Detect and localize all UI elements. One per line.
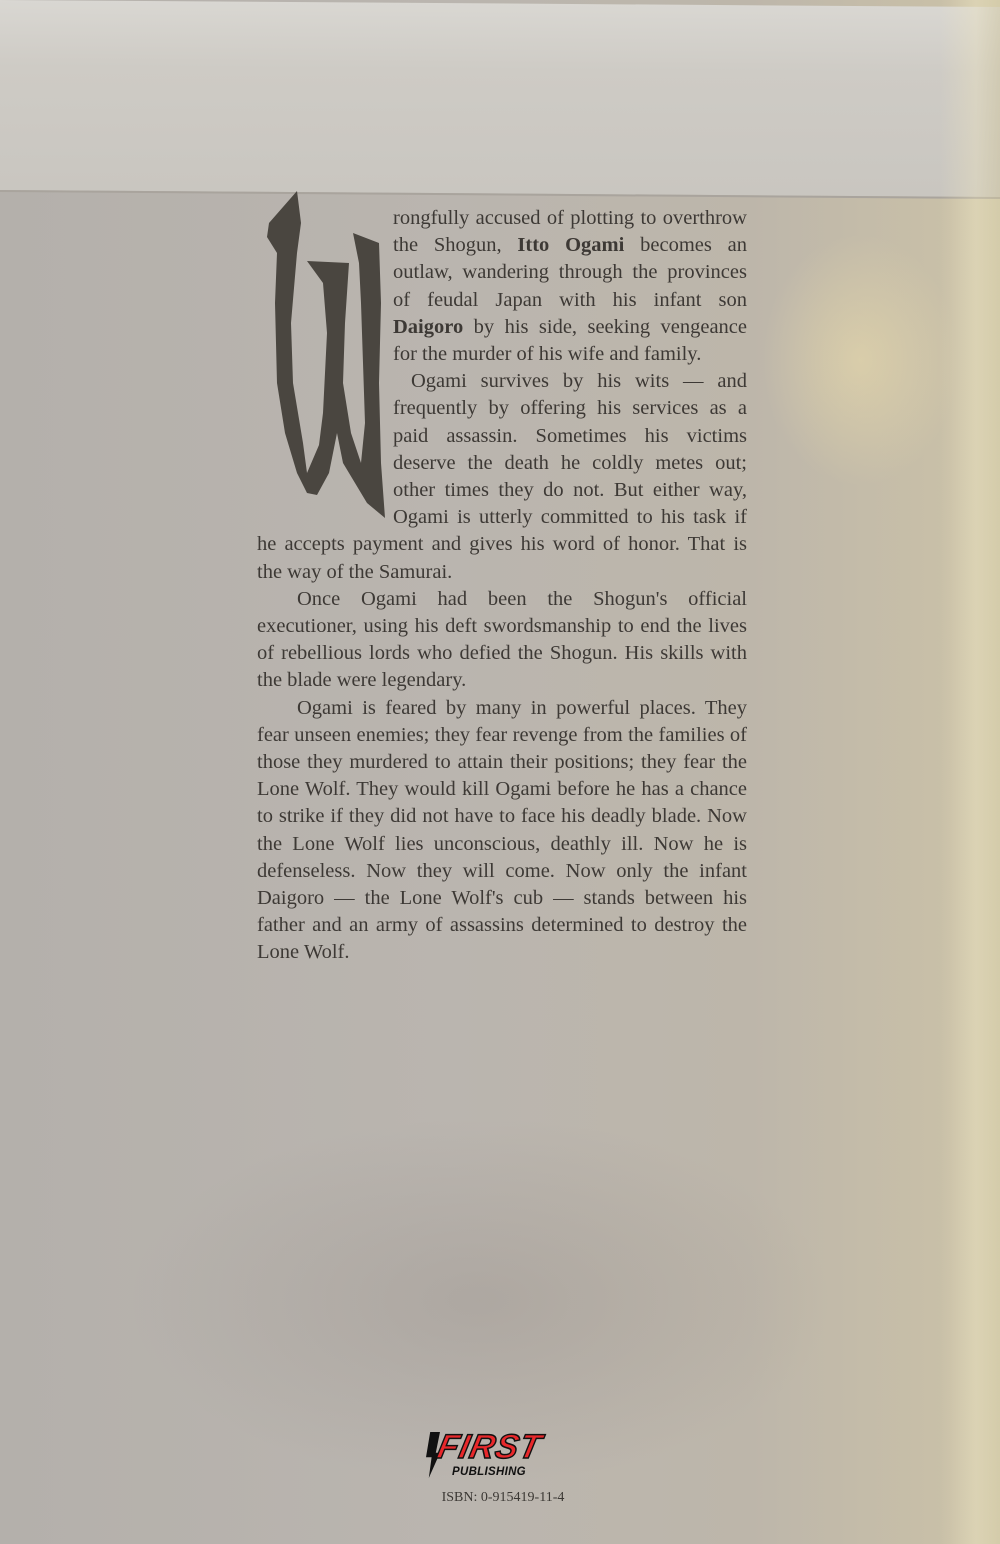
name-itto-ogami: Itto Ogami <box>517 234 624 256</box>
publisher-logo: FIRST PUBLISHING <box>418 1428 588 1488</box>
synopsis-text: rongfully accused of plotting to overthr… <box>257 205 747 967</box>
isbn-number: ISBN: 0-915419-11-4 <box>418 1490 588 1506</box>
plastic-sleeve-glare <box>940 0 1000 1544</box>
back-cover: rongfully accused of plotting to overthr… <box>0 0 1000 1544</box>
logo-first-text: FIRST <box>434 1428 546 1467</box>
paragraph-3: Once Ogami had been the Shogun's officia… <box>257 586 747 695</box>
name-daigoro: Daigoro <box>393 316 463 338</box>
plastic-sleeve-fold <box>0 0 1000 199</box>
dropcap-w <box>257 183 387 523</box>
paragraph-4: Ogami is feared by many in powerful plac… <box>257 695 747 967</box>
logo-publishing-text: PUBLISHING <box>452 1466 526 1478</box>
dropcap-w-icon <box>257 183 387 523</box>
